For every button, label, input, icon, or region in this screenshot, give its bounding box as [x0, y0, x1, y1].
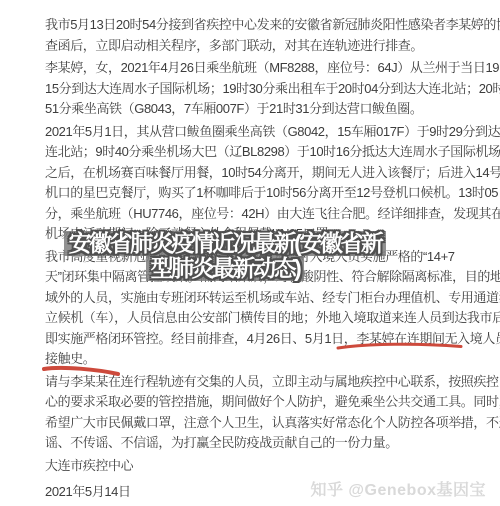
text-line: 我市5月13日20时54分接到省疾控中心发来的安徽省新冠肺炎阳性感染者李某婷的协	[45, 15, 459, 36]
text-line: 15分到达大连周水子国际机场；19时30分乘出租车于20时04分到达大连北站；2…	[45, 79, 459, 100]
text-line: 即实施严格闭环管控。经目前排查，4月26日、5月1日，李某婷在连期间无入境人员	[45, 329, 459, 350]
text-line: 心的要求采取必要的管控措施，期间做好个人防护，避免乘坐公共交通工具。同时，	[45, 392, 459, 413]
text-line: 天”闭环集中隔离管控政策。隔离结束后，对核酸阴性、符合解除隔离标准，目的地为	[45, 267, 459, 288]
paragraph: 我市高度重视新冠疫情防控工作，严防输入，对入境人员实施严格的“14+7天”闭环集…	[45, 247, 459, 370]
watermark: 知乎 @Genebox基因宝	[310, 477, 486, 500]
text-line: 机口的星巴克餐厅，购买了1杯咖啡后于10时56分离开至12号登机口候机。13时0…	[45, 183, 459, 204]
text-line: 谣、不传谣、不信谣，为打赢全民防疫战贡献自己的一份力量。	[45, 433, 459, 454]
text-line: 立候机（车），人员信息由公安部门横传目的地；外地入境取道来连人员到达我市后	[45, 308, 459, 329]
paragraph: 请与李某某在连行程轨迹有交集的人员，立即主动与属地疾控中心联系，按照疾控中心的要…	[45, 372, 459, 454]
paragraph: 我市5月13日20时54分接到省疾控中心发来的安徽省新冠肺炎阳性感染者李某婷的协…	[45, 15, 459, 56]
text-line: 希望广大市民佩戴口罩，注意个人卫生，认真落实好常态化个人防控各项举措，不造	[45, 413, 459, 434]
signature-block: 大连市疾控中心	[45, 456, 459, 477]
watermark-text: 知乎 @Genebox基因宝	[310, 482, 486, 499]
text-line: 之后，在机场赛百味餐厅用餐，10时54分离开，期间无人进入该餐厅；后进入14号登	[45, 163, 459, 184]
text-line: 请与李某某在连行程轨迹有交集的人员，立即主动与属地疾控中心联系，按照疾控中	[45, 372, 459, 393]
text-line: 2021年5月1日，其从营口鲅鱼圈乘坐高铁（G8042，15车厢017F）于9时…	[45, 122, 459, 143]
text-line: 连北站；9时40分乘坐机场大巴（辽BL8298）于10时16分抵达大连周水子国际…	[45, 142, 459, 163]
text-line: 我市高度重视新冠疫情防控工作，严防输入，对入境人员实施严格的“14+7	[45, 247, 459, 268]
text-line: 分，乘坐航班（HU7746，座位号：42H）由大连飞往合肥。经详细排查，发现其在	[45, 204, 459, 225]
notice-article-image: 我市5月13日20时54分接到省疾控中心发来的安徽省新冠肺炎阳性感染者李某婷的协…	[0, 0, 500, 506]
paragraph: 李某婷，女，2021年4月26日乘坐航班（MF8288，座位号：64J）从兰州于…	[45, 58, 459, 120]
paragraph: 2021年5月1日，其从营口鲅鱼圈乘坐高铁（G8042，15车厢017F）于9时…	[45, 122, 459, 245]
text-line: 李某婷，女，2021年4月26日乘坐航班（MF8288，座位号：64J）从兰州于…	[45, 58, 459, 79]
text-line: 接触史。	[45, 349, 459, 370]
text-line: 域外的人员，实施由专班闭环转运至机场或车站、经专门柜台办理值机、专用通道独	[45, 288, 459, 309]
text-line: 查函后，立即启动相关程序，多部门联动，对其在连轨迹进行排查。	[45, 36, 459, 57]
text-line: 机场内活动期间，除了就餐之外全程佩戴KN95口罩。	[45, 224, 459, 245]
text-line: 51分乘坐高铁（G8043，7车厢007F）于21时31分到达营口鲅鱼圈。	[45, 99, 459, 120]
notice-body: 我市5月13日20时54分接到省疾控中心发来的安徽省新冠肺炎阳性感染者李某婷的协…	[45, 15, 459, 505]
paragraph-list: 我市5月13日20时54分接到省疾控中心发来的安徽省新冠肺炎阳性感染者李某婷的协…	[45, 15, 459, 454]
signature: 大连市疾控中心	[45, 456, 459, 477]
